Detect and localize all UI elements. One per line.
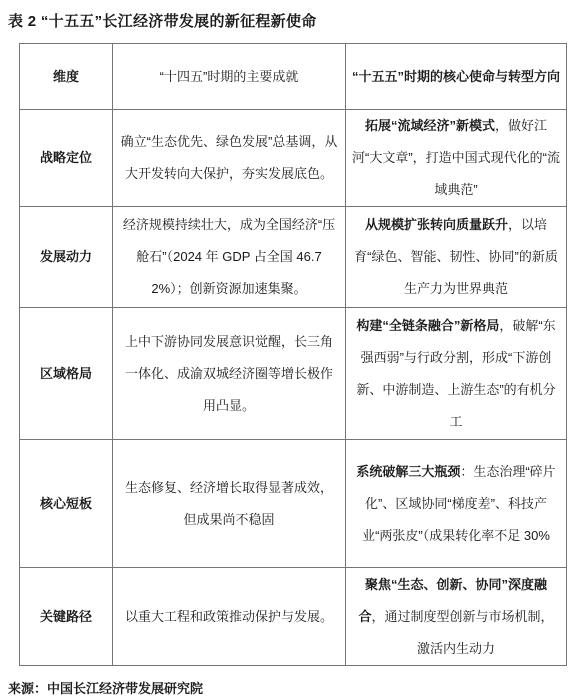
row-label-cell: 核心短板	[20, 440, 113, 568]
table-row: 区域格局 上中下游协同发展意识觉醒，长三角一体化、成渝双城经济圈等增长极作用凸显…	[20, 308, 567, 440]
table-row: 发展动力 经济规模持续壮大，成为全国经济“压舱石”（2024 年 GDP 占全国…	[20, 207, 567, 308]
header-period15-cell: “十五五”时期的核心使命与转型方向	[346, 44, 567, 110]
header-period14-cell: “十四五”时期的主要成就	[113, 44, 346, 110]
achievement-cell: 经济规模持续壮大，成为全国经济“压舱石”（2024 年 GDP 占全国 46.7…	[113, 207, 346, 308]
document-page: 表 2 “十五五”长江经济带发展的新征程新使命 维度 “十四五”时期的主要成就 …	[8, 10, 575, 696]
achievement-cell: 上中下游协同发展意识觉醒，长三角一体化、成渝双城经济圈等增长极作用凸显。	[113, 308, 346, 440]
mission-cell: 构建“全链条融合”新格局，破解“东强西弱”与行政分割，形成“下游创新、中游制造、…	[346, 308, 567, 440]
achievement-cell: 确立“生态优先、绿色发展”总基调，从大开发转向大保护，夯实发展底色。	[113, 110, 346, 207]
achievement-cell: 生态修复、经济增长取得显著成效，但成果尚不稳固	[113, 440, 346, 568]
comparison-table: 维度 “十四五”时期的主要成就 “十五五”时期的核心使命与转型方向 战略定位 确…	[19, 43, 567, 666]
mission-cell: 系统破解三大瓶颈：生态治理“碎片化”、区域协同“梯度差”、科技产业“两张皮”（成…	[346, 440, 567, 568]
table-title: 表 2 “十五五”长江经济带发展的新征程新使命	[8, 10, 575, 31]
mission-cell: 聚焦“生态、创新、协同”深度融合，通过制度型创新与市场机制，激活内生动力	[346, 568, 567, 666]
row-label-cell: 发展动力	[20, 207, 113, 308]
header-dimension-cell: 维度	[20, 44, 113, 110]
row-label-cell: 区域格局	[20, 308, 113, 440]
table-row: 关键路径 以重大工程和政策推动保护与发展。 聚焦“生态、创新、协同”深度融合，通…	[20, 568, 567, 666]
source-note: 来源：中国长江经济带发展研究院	[8, 678, 575, 696]
table-header-row: 维度 “十四五”时期的主要成就 “十五五”时期的核心使命与转型方向	[20, 44, 567, 110]
mission-cell: 拓展“流域经济”新模式，做好江河“大文章”，打造中国式现代化的“流域典范”	[346, 110, 567, 207]
row-label-cell: 关键路径	[20, 568, 113, 666]
table-row: 核心短板 生态修复、经济增长取得显著成效，但成果尚不稳固 系统破解三大瓶颈：生态…	[20, 440, 567, 568]
table-row: 战略定位 确立“生态优先、绿色发展”总基调，从大开发转向大保护，夯实发展底色。 …	[20, 110, 567, 207]
achievement-cell: 以重大工程和政策推动保护与发展。	[113, 568, 346, 666]
mission-cell: 从规模扩张转向质量跃升，以培育“绿色、智能、韧性、协同”的新质生产力为世界典范	[346, 207, 567, 308]
row-label-cell: 战略定位	[20, 110, 113, 207]
